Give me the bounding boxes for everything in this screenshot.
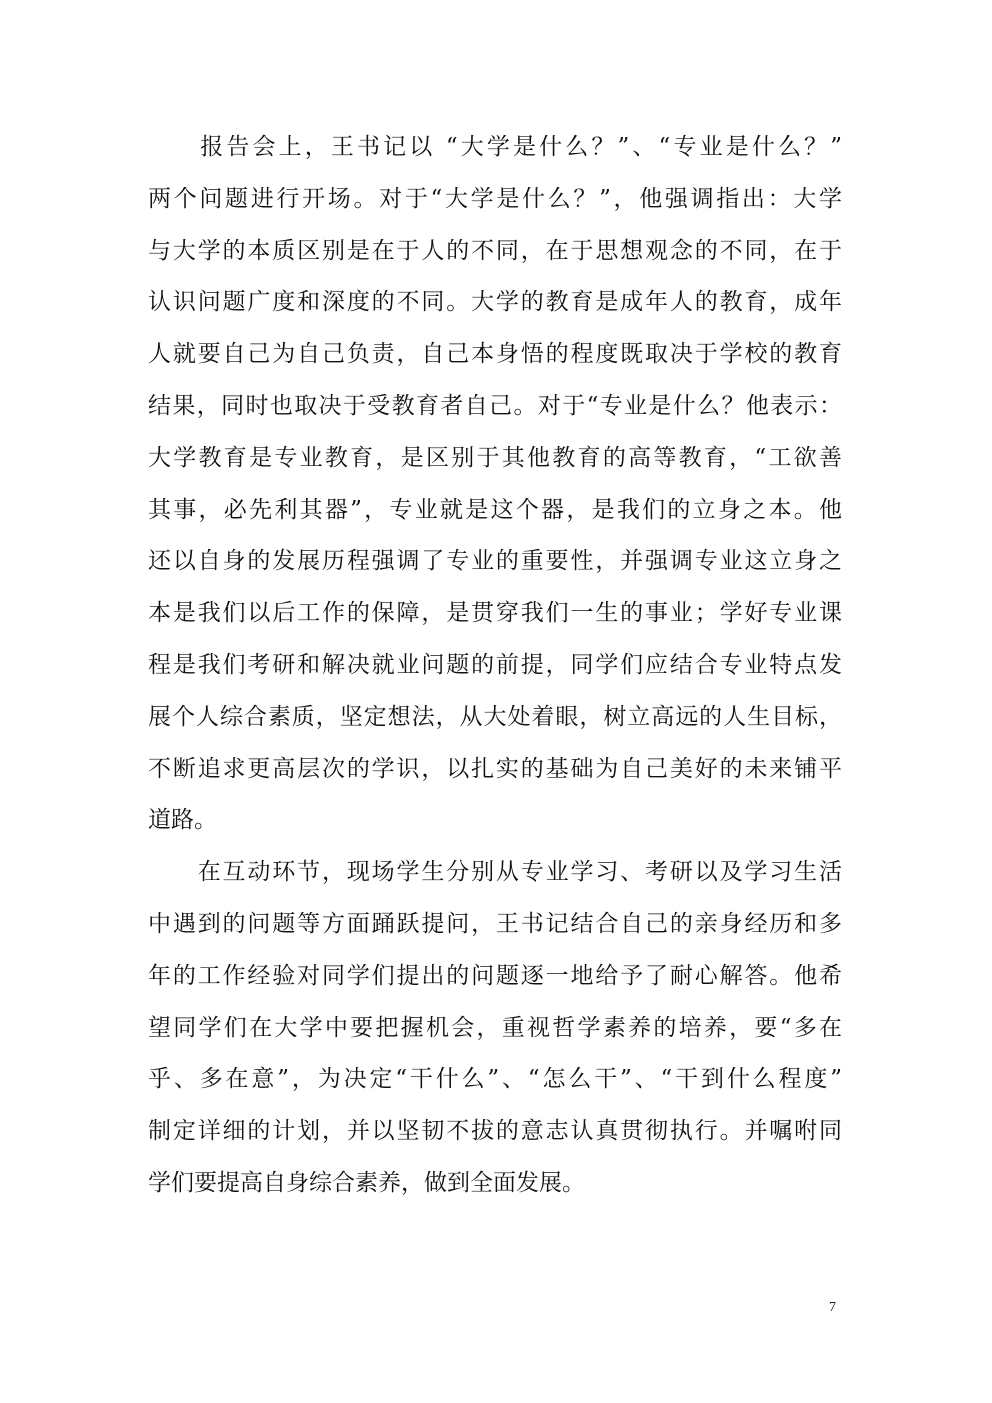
text-line: 展个人综合素质，坚定想法，从大处着眼，树立高远的人生目标，	[148, 692, 842, 744]
text-line: 结果，同时也取决于受教育者自己。对于“专业是什么？他表示：	[148, 381, 842, 433]
text-line: 与大学的本质区别是在于人的不同，在于思想观念的不同，在于	[148, 226, 842, 278]
text-line: 还以自身的发展历程强调了专业的重要性，并强调专业这立身之	[148, 536, 842, 588]
paragraph-interaction-session: 在互动环节，现场学生分别从专业学习、考研以及学习生活 中遇到的问题等方面踊跃提问…	[148, 847, 842, 1210]
text-line: 人就要自己为自己负责，自己本身悟的程度既取决于学校的教育	[148, 329, 842, 381]
text-line: 本是我们以后工作的保障，是贯穿我们一生的事业；学好专业课	[148, 588, 842, 640]
text-line: 年的工作经验对同学们提出的问题逐一地给予了耐心解答。他希	[148, 951, 842, 1003]
text-line: 不断追求更高层次的学识，以扎实的基础为自己美好的未来铺平	[148, 744, 842, 796]
text-line: 望同学们在大学中要把握机会，重视哲学素养的培养，要“多在	[148, 1003, 842, 1055]
text-line: 乎、多在意”，为决定“干什么”、“怎么干”、“干到什么程度”	[148, 1054, 842, 1106]
text-line: 道路。	[148, 795, 842, 847]
text-line: 两个问题进行开场。对于“大学是什么？”，他强调指出：大学	[148, 174, 842, 226]
text-line: 认识问题广度和深度的不同。大学的教育是成年人的教育，成年	[148, 277, 842, 329]
text-line: 中遇到的问题等方面踊跃提问，王书记结合自己的亲身经历和多	[148, 899, 842, 951]
document-page: 报告会上，王书记以 “大学是什么？”、“专业是什么？” 两个问题进行开场。对于“…	[0, 0, 992, 1403]
text-line: 报告会上，王书记以 “大学是什么？”、“专业是什么？”	[148, 122, 842, 174]
page-number: 7	[829, 1300, 836, 1316]
text-line: 程是我们考研和解决就业问题的前提，同学们应结合专业特点发	[148, 640, 842, 692]
text-line: 在互动环节，现场学生分别从专业学习、考研以及学习生活	[148, 847, 842, 899]
paragraph-opening-report: 报告会上，王书记以 “大学是什么？”、“专业是什么？” 两个问题进行开场。对于“…	[148, 122, 842, 847]
body-text: 报告会上，王书记以 “大学是什么？”、“专业是什么？” 两个问题进行开场。对于“…	[148, 122, 842, 1210]
text-line: 学们要提高自身综合素养，做到全面发展。	[148, 1158, 842, 1210]
text-line: 大学教育是专业教育，是区别于其他教育的高等教育，“工欲善	[148, 433, 842, 485]
text-line: 制定详细的计划，并以坚韧不拔的意志认真贯彻执行。并嘱咐同	[148, 1106, 842, 1158]
text-line: 其事，必先利其器”，专业就是这个器，是我们的立身之本。他	[148, 485, 842, 537]
